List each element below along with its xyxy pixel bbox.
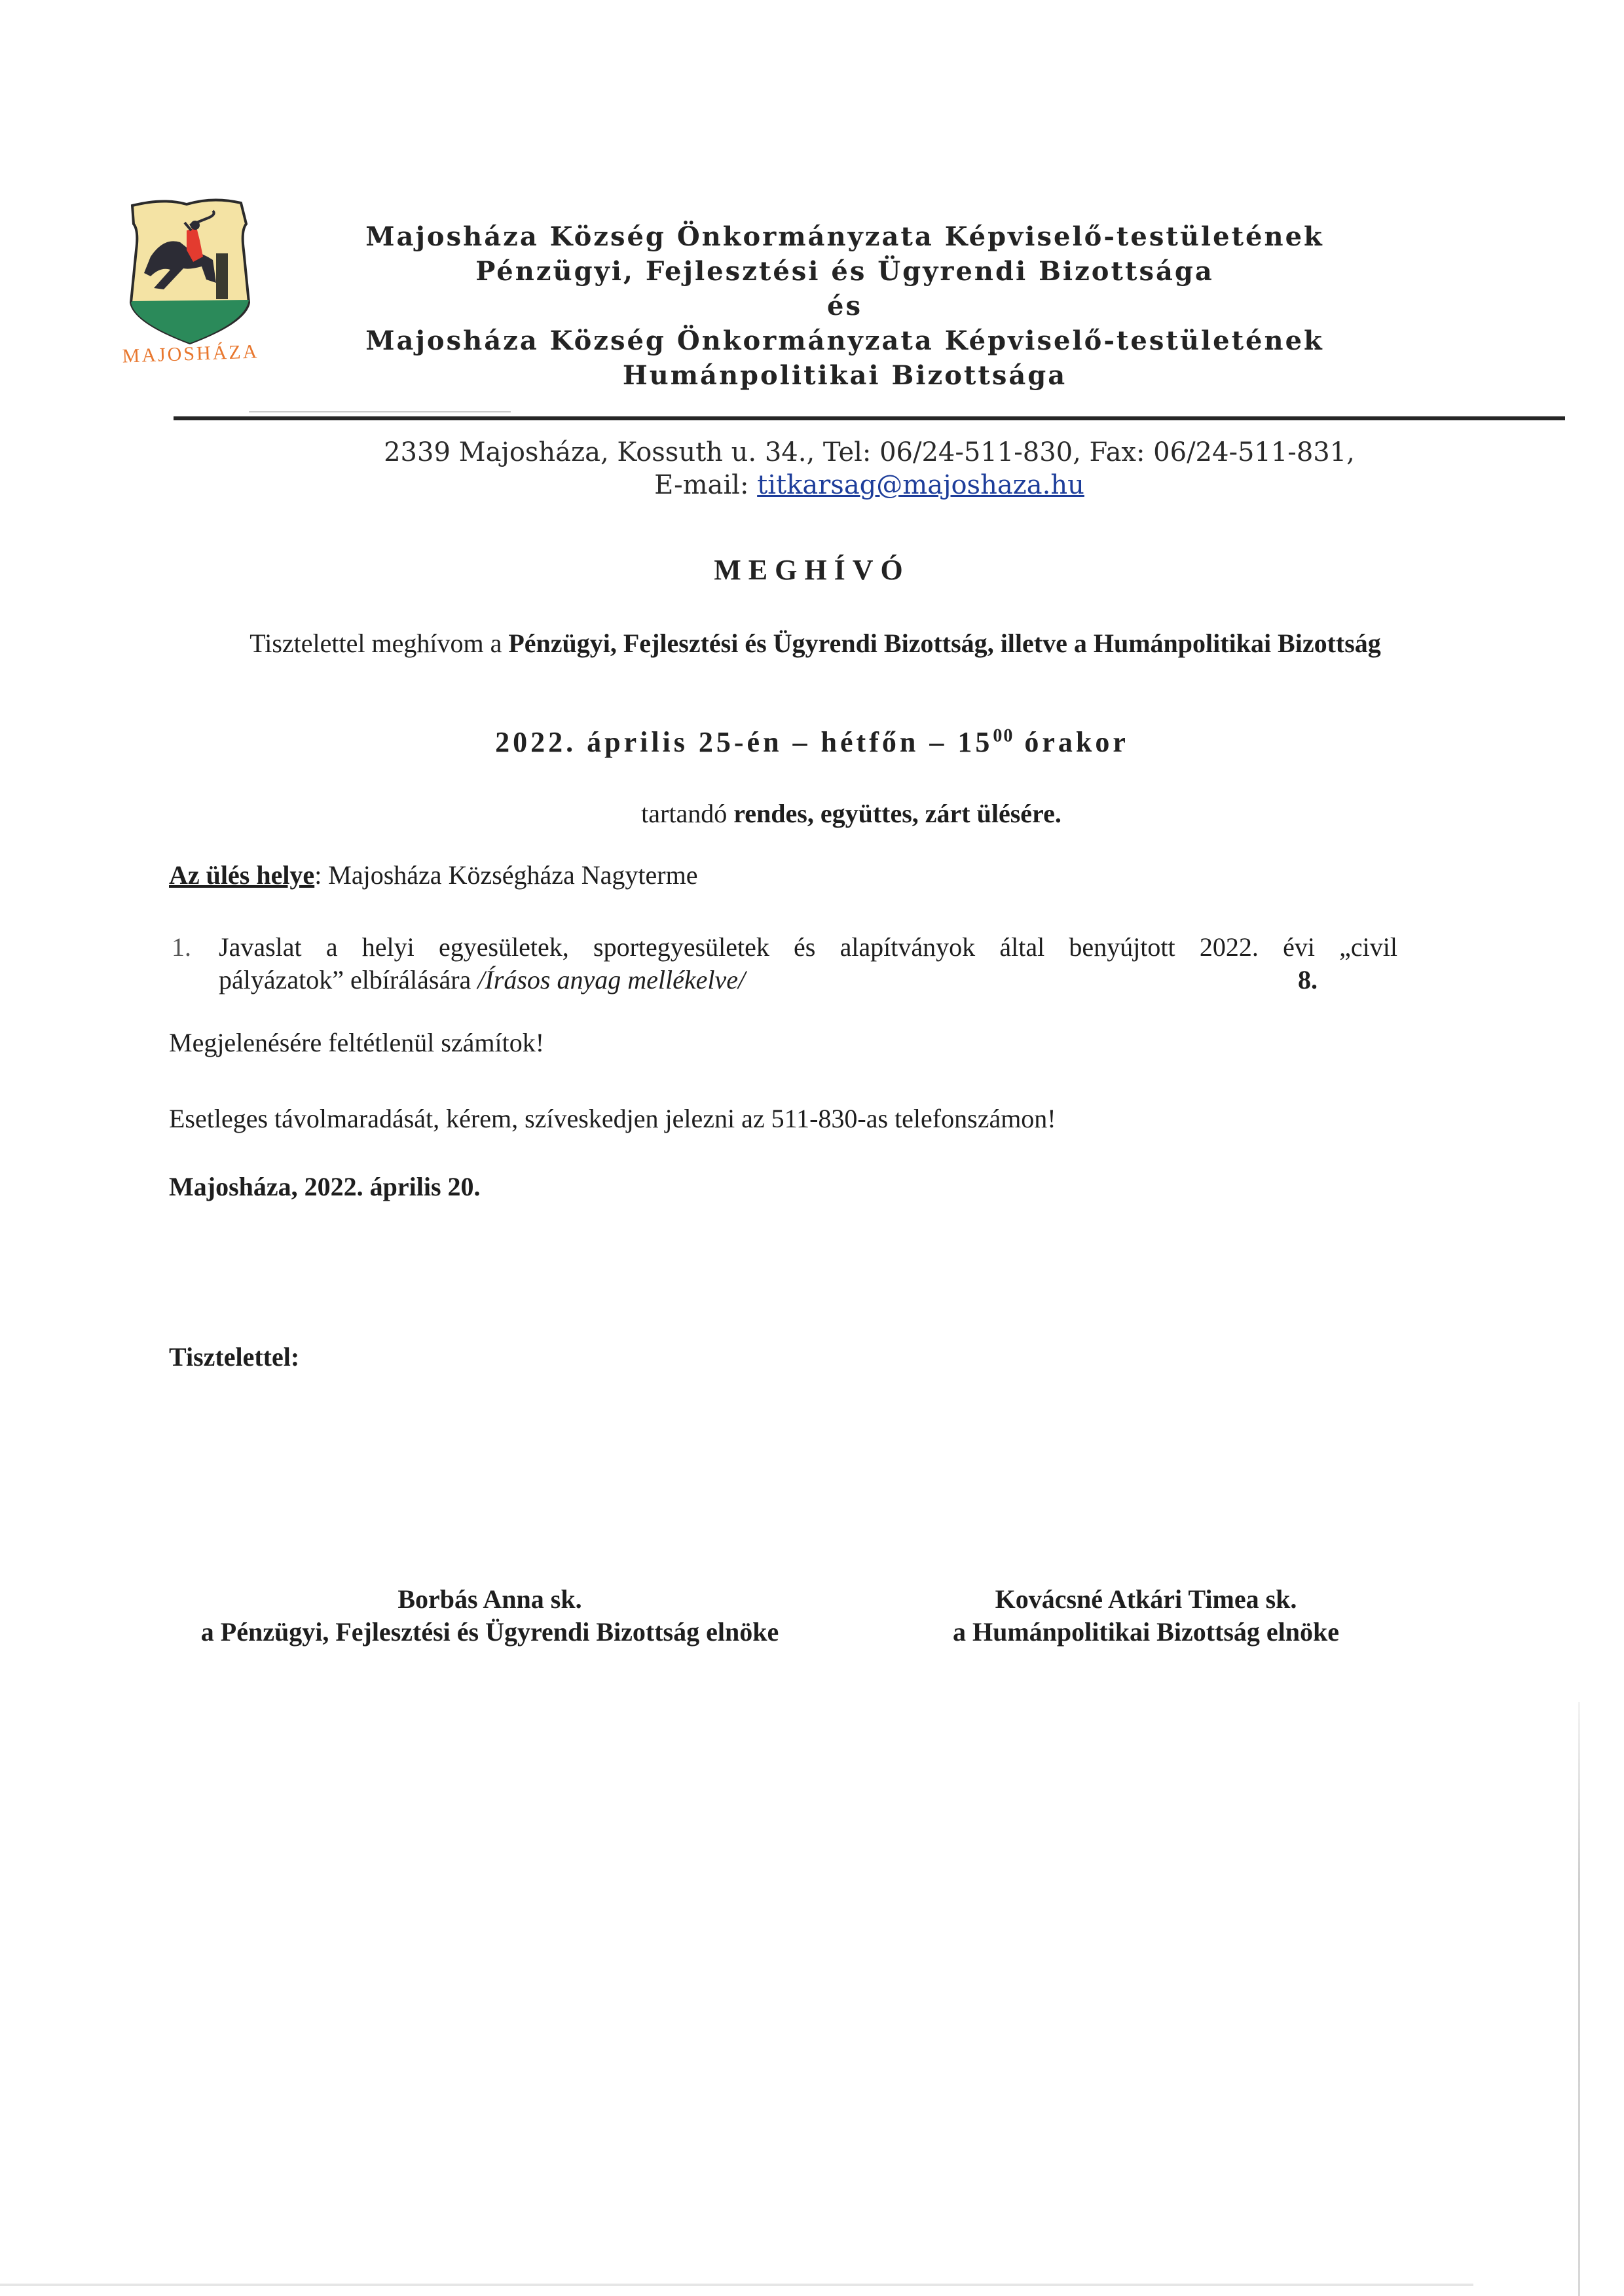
agenda-text: pályázatok” elbírálására [219,965,477,994]
closing: Tisztelettel: [169,1341,299,1374]
held-type: rendes, együttes, zárt ülésére. [733,799,1061,828]
held-prefix: tartandó [641,799,733,828]
coat-of-arms-icon [124,191,255,345]
email-link[interactable]: titkarsag@majoshaza.hu [757,470,1084,500]
meeting-place: Az ülés helye: Majosháza Községháza Nagy… [169,859,697,892]
agenda-number: 1. [172,931,191,964]
invite-prefix: Tisztelettel meghívom a [249,629,508,658]
agenda-page-number: 8. [1298,964,1318,996]
signer-role: a Humánpolitikai Bizottság elnöke [891,1616,1401,1649]
email-line: E-mail: titkarsag@majoshaza.hu [174,469,1565,501]
header-divider [174,416,1565,420]
agenda-text-line2: pályázatok” elbírálására /Írásos anyag m… [219,964,1397,996]
invitation-text: Tisztelettel meghívom a Pénzügyi, Fejles… [177,627,1454,660]
invite-mid: , illetve a [987,629,1094,658]
logo-caption: MAJOSHÁZA [121,340,259,367]
municipal-logo: MAJOSHÁZA [124,191,255,381]
contact-block: 2339 Majosháza, Kossuth u. 34., Tel: 06/… [174,436,1565,501]
meeting-time-minutes: 00 [993,725,1014,746]
signer-name: Borbás Anna sk. [162,1583,817,1616]
address-line: 2339 Majosháza, Kossuth u. 34., Tel: 06/… [174,436,1565,469]
signature-right: Kovácsné Atkári Timea sk. a Humánpolitik… [891,1583,1401,1649]
invite-committee-1: Pénzügyi, Fejlesztési és Ügyrendi Bizott… [508,629,987,658]
email-label: E-mail: [654,470,748,500]
header-line: Pénzügyi, Fejlesztési és Ügyrendi Bizott… [288,254,1401,289]
agenda-attachment-note: /Írásos anyag mellékelve/ [477,965,745,994]
place-label: Az ülés helye [169,860,314,890]
header-divider-shadow [249,411,511,412]
expect-text: Megjelenésére feltétlenül számítok! [169,1027,544,1059]
letterhead: Majosháza Község Önkormányzata Képviselő… [288,219,1401,393]
signer-name: Kovácsné Atkári Timea sk. [891,1583,1401,1616]
meeting-date: 2022. április 25-én – hétfőn – 1500 órak… [0,725,1624,759]
place-value: : Majosháza Községháza Nagyterme [314,860,697,890]
signer-role: a Pénzügyi, Fejlesztési és Ügyrendi Bizo… [162,1616,817,1649]
meeting-date-main: 2022. április 25-én – hétfőn – 15 [495,726,993,758]
header-line: és [288,289,1401,323]
scan-edge-bottom [0,2284,1473,2286]
document-title: MEGHÍVÓ [0,553,1624,587]
scan-edge-right [1578,1702,1580,2296]
meeting-type: tartandó rendes, együttes, zárt ülésére. [0,797,1624,830]
header-line: Majosháza Község Önkormányzata Képviselő… [288,323,1401,358]
invite-committee-2: Humánpolitikai Bizottság [1094,629,1381,658]
header-line: Humánpolitikai Bizottsága [288,358,1401,393]
signature-left: Borbás Anna sk. a Pénzügyi, Fejlesztési … [162,1583,817,1649]
place-date: Majosháza, 2022. április 20. [169,1171,481,1203]
agenda-text-line1: Javaslat a helyi egyesületek, sportegyes… [219,931,1397,964]
absence-text: Esetleges távolmaradását, kérem, szívesk… [169,1102,1056,1135]
meeting-time-suffix: órakor [1014,726,1129,758]
header-line: Majosháza Község Önkormányzata Képviselő… [288,219,1401,254]
